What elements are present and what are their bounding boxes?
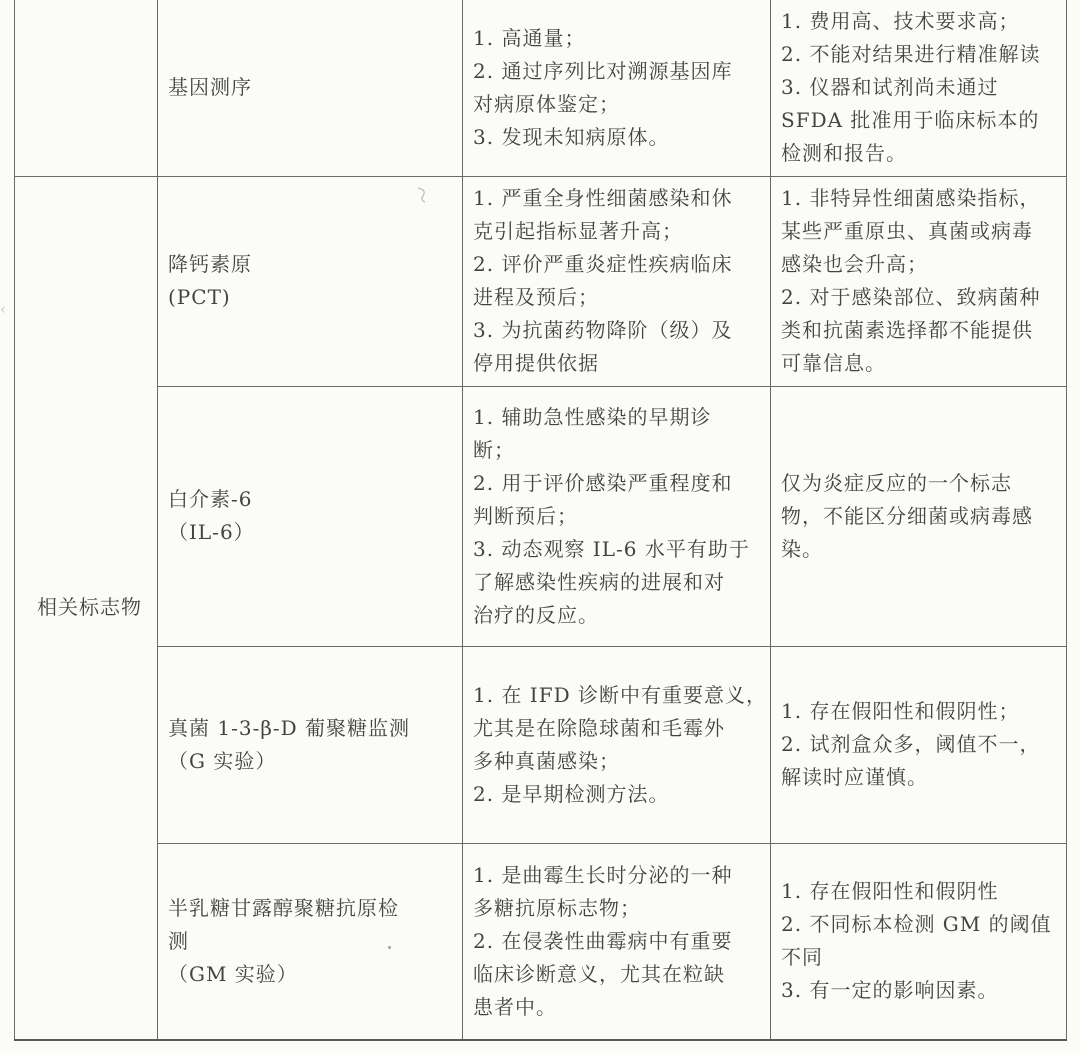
text-line: 1. 严重全身性细菌感染和休 bbox=[473, 182, 767, 215]
markers-table: 基因测序 1. 高通量； 2. 通过序列比对溯源基因库 对病原体鉴定； 3. 发… bbox=[14, 0, 1067, 1041]
text-line: 不同 bbox=[781, 941, 1063, 974]
text-line: 1. 费用高、技术要求高； bbox=[781, 5, 1063, 38]
text-line: 检测和报告。 bbox=[781, 137, 1063, 170]
text-line: 物，不能区分细菌或病毒感 bbox=[781, 500, 1063, 533]
text-line: (PCT) bbox=[168, 281, 459, 314]
scanned-document-page: 基因测序 1. 高通量； 2. 通过序列比对溯源基因库 对病原体鉴定； 3. 发… bbox=[0, 0, 1080, 1053]
text-line: 断； bbox=[473, 434, 767, 467]
text-line: 克引起指标显著升高； bbox=[473, 215, 767, 248]
text-line: 1. 存在假阳性和假阴性 bbox=[781, 875, 1063, 908]
text-line: 尤其是在除隐球菌和毛霉外 bbox=[473, 712, 767, 745]
text-line: 基因测序 bbox=[168, 71, 459, 104]
text-line: 停用提供依据 bbox=[473, 347, 767, 380]
text-line: 2. 用于评价感染严重程度和 bbox=[473, 467, 767, 500]
text-line: 多种真菌感染； bbox=[473, 745, 767, 778]
cell-advantages-g-test: 1. 在 IFD 诊断中有重要意义， 尤其是在除隐球菌和毛霉外 多种真菌感染； … bbox=[463, 646, 771, 843]
cell-method-g-test: 真菌 1-3-β-D 葡聚糖监测 （G 实验） bbox=[158, 646, 463, 843]
text-line: 2. 不同标本检测 GM 的阈值 bbox=[781, 908, 1063, 941]
text-line: 了解感染性疾病的进展和对 bbox=[473, 566, 767, 599]
cell-category-related-markers: 相关标志物 bbox=[15, 176, 158, 1040]
text-line: 3. 仪器和试剂尚未通过 bbox=[781, 71, 1063, 104]
text-line: 1. 存在假阳性和假阴性； bbox=[781, 695, 1063, 728]
text-line: 2. 对于感染部位、致病菌种 bbox=[781, 281, 1063, 314]
text-line: 3. 发现未知病原体。 bbox=[473, 121, 767, 154]
cell-method-il6: 白介素-6 （IL-6） bbox=[158, 386, 463, 646]
cell-disadvantages-g-test: 1. 存在假阳性和假阴性； 2. 试剂盒众多，阈值不一， 解读时应谨慎。 bbox=[771, 646, 1067, 843]
text-line: 染。 bbox=[781, 533, 1063, 566]
text-line: （G 实验） bbox=[168, 745, 459, 778]
table-row: 相关标志物 降钙素原 (PCT) 1. 严重全身性细菌感染和休 克引起指标显著升… bbox=[15, 176, 1067, 386]
cell-method-gm-test: 半乳糖甘露醇聚糖抗原检 测 （GM 实验） bbox=[158, 843, 463, 1040]
text-line: 1. 在 IFD 诊断中有重要意义， bbox=[473, 679, 767, 712]
cell-category-empty bbox=[15, 0, 158, 176]
cell-disadvantages-pct: 1. 非特异性细菌感染指标， 某些严重原虫、真菌或病毒 感染也会升高； 2. 对… bbox=[771, 176, 1067, 386]
text-line: 1. 非特异性细菌感染指标， bbox=[781, 182, 1063, 215]
text-line: 2. 不能对结果进行精准解读 bbox=[781, 38, 1063, 71]
text-line: （IL-6） bbox=[168, 516, 459, 549]
text-line: 判断预后； bbox=[473, 500, 767, 533]
text-line: 2. 评价严重炎症性疾病临床 bbox=[473, 248, 767, 281]
text-line: 1. 高通量； bbox=[473, 22, 767, 55]
text-line: 某些严重原虫、真菌或病毒 bbox=[781, 215, 1063, 248]
text-line: 2. 是早期检测方法。 bbox=[473, 778, 767, 811]
text-line: 3. 有一定的影响因素。 bbox=[781, 974, 1063, 1007]
cell-method-pct: 降钙素原 (PCT) bbox=[158, 176, 463, 386]
table-row: 半乳糖甘露醇聚糖抗原检 测 （GM 实验） 1. 是曲霉生长时分泌的一种 多糖抗… bbox=[15, 843, 1067, 1040]
text-line: 患者中。 bbox=[473, 991, 767, 1024]
table-row: 基因测序 1. 高通量； 2. 通过序列比对溯源基因库 对病原体鉴定； 3. 发… bbox=[15, 0, 1067, 176]
text-line: 多糖抗原标志物； bbox=[473, 892, 767, 925]
cell-advantages-il6: 1. 辅助急性感染的早期诊 断； 2. 用于评价感染严重程度和 判断预后； 3.… bbox=[463, 386, 771, 646]
text-line: 白介素-6 bbox=[168, 483, 459, 516]
text-line: 降钙素原 bbox=[168, 248, 459, 281]
table-row: 白介素-6 （IL-6） 1. 辅助急性感染的早期诊 断； 2. 用于评价感染严… bbox=[15, 386, 1067, 646]
scan-artifact-edge-mark-icon: ‹ bbox=[0, 300, 6, 318]
text-line: 治疗的反应。 bbox=[473, 599, 767, 632]
text-line: 可靠信息。 bbox=[781, 347, 1063, 380]
text-line: 3. 为抗菌药物降阶（级）及 bbox=[473, 314, 767, 347]
text-line: 1. 辅助急性感染的早期诊 bbox=[473, 401, 767, 434]
text-line: SFDA 批准用于临床标本的 bbox=[781, 104, 1063, 137]
cell-advantages-gene-sequencing: 1. 高通量； 2. 通过序列比对溯源基因库 对病原体鉴定； 3. 发现未知病原… bbox=[463, 0, 771, 176]
cell-advantages-gm-test: 1. 是曲霉生长时分泌的一种 多糖抗原标志物； 2. 在侵袭性曲霉病中有重要 临… bbox=[463, 843, 771, 1040]
text-line: 临床诊断意义，尤其在粒缺 bbox=[473, 958, 767, 991]
table-row: 真菌 1-3-β-D 葡聚糖监测 （G 实验） 1. 在 IFD 诊断中有重要意… bbox=[15, 646, 1067, 843]
text-line: 1. 是曲霉生长时分泌的一种 bbox=[473, 859, 767, 892]
text-line: 半乳糖甘露醇聚糖抗原检 bbox=[168, 892, 459, 925]
cell-method-gene-sequencing: 基因测序 bbox=[158, 0, 463, 176]
text-line: 解读时应谨慎。 bbox=[781, 761, 1063, 794]
category-label: 相关标志物 bbox=[25, 591, 154, 624]
text-line: 2. 试剂盒众多，阈值不一， bbox=[781, 728, 1063, 761]
cell-disadvantages-gm-test: 1. 存在假阳性和假阴性 2. 不同标本检测 GM 的阈值 不同 3. 有一定的… bbox=[771, 843, 1067, 1040]
text-line: 感染也会升高； bbox=[781, 248, 1063, 281]
cell-advantages-pct: 1. 严重全身性细菌感染和休 克引起指标显著升高； 2. 评价严重炎症性疾病临床… bbox=[463, 176, 771, 386]
text-line: （GM 实验） bbox=[168, 958, 459, 991]
text-line: 类和抗菌素选择都不能提供 bbox=[781, 314, 1063, 347]
text-line: 2. 在侵袭性曲霉病中有重要 bbox=[473, 925, 767, 958]
text-line: 进程及预后； bbox=[473, 281, 767, 314]
text-line: 仅为炎症反应的一个标志 bbox=[781, 467, 1063, 500]
text-line: 3. 动态观察 IL-6 水平有助于 bbox=[473, 533, 767, 566]
text-line: 测 bbox=[168, 925, 459, 958]
cell-disadvantages-il6: 仅为炎症反应的一个标志 物，不能区分细菌或病毒感 染。 bbox=[771, 386, 1067, 646]
text-line: 对病原体鉴定； bbox=[473, 88, 767, 121]
text-line: 真菌 1-3-β-D 葡聚糖监测 bbox=[168, 712, 459, 745]
cell-disadvantages-gene-sequencing: 1. 费用高、技术要求高； 2. 不能对结果进行精准解读 3. 仪器和试剂尚未通… bbox=[771, 0, 1067, 176]
text-line: 2. 通过序列比对溯源基因库 bbox=[473, 55, 767, 88]
